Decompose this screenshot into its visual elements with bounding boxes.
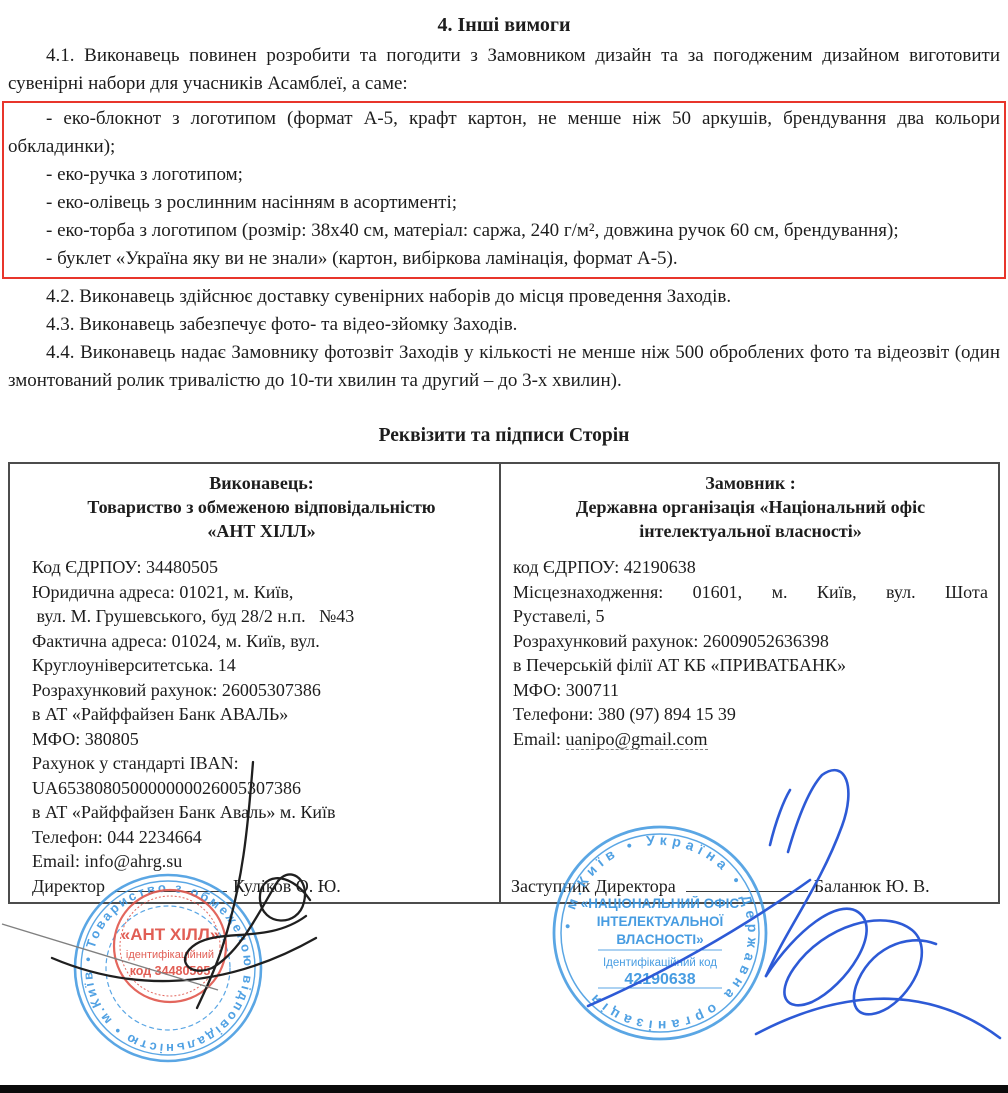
paragraph-4-2: 4.2. Виконавець здійснює доставку сувені…	[8, 283, 1000, 311]
customer-company-name: інтелектуальної власності»	[513, 519, 988, 543]
list-item: - еко-ручка з логотипом;	[8, 161, 1000, 189]
executor-red-stamp	[114, 890, 226, 1002]
list-item: - еко-олівець з рослинним насінням в асо…	[8, 189, 1000, 217]
detail-line: Місцезнаходження: 01601, м. Київ, вул. Ш…	[513, 580, 988, 605]
detail-line: в АТ «Райффайзен Банк Аваль» м. Київ	[32, 800, 491, 825]
customer-email-row: Email: uanipo@gmail.com	[513, 727, 988, 752]
paragraph-4-4: 4.4. Виконавець надає Замовнику фотозвіт…	[8, 339, 1000, 395]
detail-line: вул. М. Грушевського, буд 28/2 н.п. №43	[32, 604, 491, 629]
requisites-table: Виконавець: Товариство з обмеженою відпо…	[8, 462, 1000, 904]
detail-line: в Печерській філії АТ КБ «ПРИВАТБАНК»	[513, 653, 988, 678]
detail-line: Руставелі, 5	[513, 604, 988, 629]
stamp-line: ІНТЕЛЕКТУАЛЬНОЇ	[597, 914, 725, 929]
detail-line: Юридична адреса: 01021, м. Київ,	[32, 580, 491, 605]
document-content: 4. Інші вимоги 4.1. Виконавець повинен р…	[0, 0, 1008, 904]
executor-signature-flourish	[2, 924, 218, 990]
executor-signature-line	[115, 891, 227, 892]
customer-sign-name: Баланюк Ю. В.	[814, 875, 930, 897]
customer-signature-row: Заступник Директора Баланюк Ю. В.	[501, 875, 998, 897]
customer-email-link[interactable]: uanipo@gmail.com	[566, 729, 708, 750]
executor-role: Виконавець:	[32, 471, 491, 495]
detail-line: Рахунок у стандарті IBAN:	[32, 751, 491, 776]
requisites-heading: Реквізити та підписи Сторін	[8, 423, 1000, 448]
detail-line: Круглоуніверситетська. 14	[32, 653, 491, 678]
section-title: 4. Інші вимоги	[8, 12, 1000, 38]
customer-sign-title: Заступник Директора	[511, 875, 676, 897]
customer-company-name: Державна організація «Національний офіс	[513, 495, 988, 519]
detail-line: Телефони: 380 (97) 894 15 39	[513, 702, 988, 727]
customer-role: Замовник :	[513, 471, 988, 495]
detail-line: Розрахунковий рахунок: 26005307386	[32, 678, 491, 703]
executor-red-stamp-text: «АНТ ХІЛЛ» ідентифікаційний код 34480505	[121, 925, 220, 978]
executor-sign-title: Директор	[32, 875, 105, 897]
customer-stamp-text: «НАЦІОНАЛЬНИЙ ОФІС ІНТЕЛЕКТУАЛЬНОЇ ВЛАСН…	[581, 896, 740, 988]
stamp-line: 42190638	[624, 971, 695, 988]
detail-line: Розрахунковий рахунок: 26009052636398	[513, 629, 988, 654]
stamp-line: ідентифікаційний	[126, 949, 214, 961]
executor-signature-row: Директор Куліков О. Ю.	[10, 875, 499, 897]
customer-header: Замовник : Державна організація «Націона…	[513, 471, 988, 543]
detail-line: МФО: 380805	[32, 727, 491, 752]
paragraph-4-1: 4.1. Виконавець повинен розробити та пог…	[8, 42, 1000, 98]
executor-email-row: Email: info@ahrg.su	[32, 849, 491, 874]
stamp-ring-text: • Товариство з обмеженою відповідальніст…	[80, 880, 256, 1056]
executor-company-name: «АНТ ХІЛЛ»	[32, 519, 491, 543]
paragraph-4-3: 4.3. Виконавець забезпечує фото- та віде…	[8, 311, 1000, 339]
document-page: 4. Інші вимоги 4.1. Виконавець повинен р…	[0, 0, 1008, 1093]
detail-line: Телефон: 044 2234664	[32, 825, 491, 850]
detail-line: Код ЄДРПОУ: 34480505	[32, 555, 491, 580]
stamp-line: Ідентифікаційний код	[603, 957, 717, 969]
executor-email: info@ahrg.su	[85, 851, 183, 871]
detail-line: код ЄДРПОУ: 42190638	[513, 555, 988, 580]
customer-signature-line	[686, 891, 808, 892]
list-item: - буклет «Україна яку ви не знали» (карт…	[8, 245, 1000, 273]
svg-text:• Товариство з обмеженою відпо: • Товариство з обмеженою відповідальніст…	[80, 880, 256, 1056]
email-label: Email:	[32, 851, 85, 871]
page-bottom-separator	[0, 1085, 1008, 1093]
stamp-line: код 34480505	[130, 964, 211, 978]
red-highlight-box: - еко-блокнот з логотипом (формат А-5, к…	[2, 101, 1006, 279]
executor-cell: Виконавець: Товариство з обмеженою відпо…	[10, 464, 501, 902]
executor-details: Код ЄДРПОУ: 34480505 Юридична адреса: 01…	[32, 555, 491, 874]
executor-header: Виконавець: Товариство з обмеженою відпо…	[32, 471, 491, 543]
email-label: Email:	[513, 729, 566, 749]
detail-line: МФО: 300711	[513, 678, 988, 703]
list-item: - еко-торба з логотипом (розмір: 38х40 с…	[8, 217, 1000, 245]
stamp-line: ВЛАСНОСТІ»	[616, 932, 703, 947]
detail-line: Фактична адреса: 01024, м. Київ, вул.	[32, 629, 491, 654]
customer-details: код ЄДРПОУ: 42190638 Місцезнаходження: 0…	[513, 555, 988, 751]
executor-company-name: Товариство з обмеженою відповідальністю	[32, 495, 491, 519]
detail-line: в АТ «Райффайзен Банк АВАЛЬ»	[32, 702, 491, 727]
executor-blue-stamp-ring-text: • Товариство з обмеженою відповідальніст…	[80, 880, 256, 1056]
list-item: - еко-блокнот з логотипом (формат А-5, к…	[8, 105, 1000, 161]
customer-cell: Замовник : Державна організація «Націона…	[501, 464, 998, 902]
executor-sign-name: Куліков О. Ю.	[233, 875, 341, 897]
stamp-line: «АНТ ХІЛЛ»	[121, 925, 220, 944]
detail-line: UA653808050000000026005307386	[32, 776, 491, 801]
